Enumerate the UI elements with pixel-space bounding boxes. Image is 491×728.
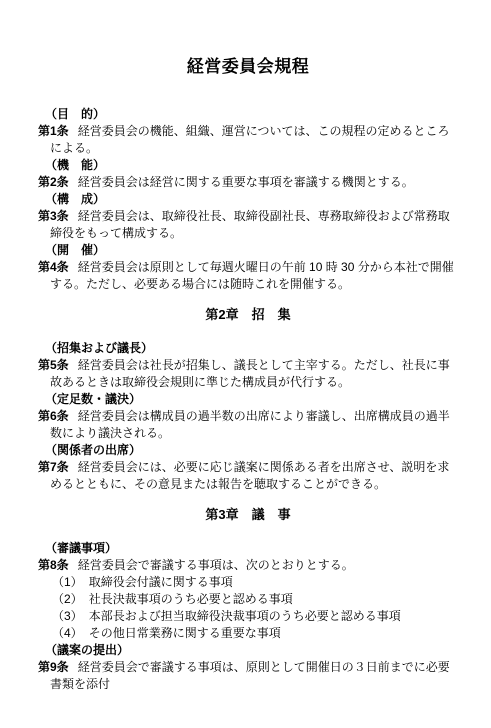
article-paragraph: 第2条経営委員会は経営に関する重要な事項を審議する機関とする。 [38, 174, 458, 191]
list-item: （4）その他日常業務に関する重要な事項 [38, 625, 458, 642]
article-text: 経営委員会は、取締役社長、取締役副社長、専務取締役および常務取締役をもって構成す… [50, 209, 450, 240]
document-title: 経営委員会規程 [38, 57, 458, 77]
item-number: （1） [52, 575, 83, 589]
article-number: 第8条 [38, 558, 69, 572]
article-text: 経営委員会は経営に関する重要な事項を審議する機関とする。 [78, 175, 414, 189]
article-paragraph: 第8条経営委員会で審議する事項は、次のとおりとする。 [38, 557, 458, 574]
article-number: 第2条 [38, 175, 69, 189]
article-paragraph: 第6条経営委員会は構成員の過半数の出席により審議し、出席構成員の過半数により議決… [38, 408, 458, 442]
article-number: 第5条 [38, 358, 69, 372]
article-text: 経営委員会で審議する事項は、原則として開催日の３日前までに必要書類を添付 [50, 660, 450, 691]
section-label: （構 成） [38, 191, 458, 208]
item-number: （4） [52, 626, 83, 640]
list-item: （3）本部長および担当取締役決裁事項のうち必要と認める事項 [38, 608, 458, 625]
article-paragraph: 第7条経営委員会には、必要に応じ議案に関係ある者を出席させ、説明を求めるとともに… [38, 459, 458, 493]
section-label: （審議事項） [38, 540, 458, 557]
item-text: その他日常業務に関する重要な事項 [89, 626, 281, 640]
item-number: （2） [52, 592, 83, 606]
article-paragraph: 第5条経営委員会は社長が招集し、議長として主宰する。ただし、社長に事故あるときは… [38, 357, 458, 391]
list-item: （1）取締役会付議に関する事項 [38, 574, 458, 591]
article-number: 第9条 [38, 660, 69, 674]
article-paragraph: 第9条経営委員会で審議する事項は、原則として開催日の３日前までに必要書類を添付 [38, 659, 458, 693]
article-number: 第3条 [38, 209, 69, 223]
article-paragraph: 第1条経営委員会の機能、組織、運営については、この規程の定めるところによる。 [38, 123, 458, 157]
article-paragraph: 第4条経営委員会は原則として毎週火曜日の午前 10 時 30 分から本社で開催す… [38, 259, 458, 293]
article-text: 経営委員会には、必要に応じ議案に関係ある者を出席させ、説明を求めるとともに、その… [50, 460, 449, 491]
section-label: （開 催） [38, 242, 458, 259]
article-text: 経営委員会の機能、組織、運営については、この規程の定めるところによる。 [50, 124, 449, 155]
article-text: 経営委員会は原則として毎週火曜日の午前 10 時 30 分から本社で開催する。た… [50, 260, 454, 291]
item-number: （3） [52, 609, 83, 623]
item-text: 本部長および担当取締役決裁事項のうち必要と認める事項 [89, 609, 401, 623]
document-body: （目 的）第1条経営委員会の機能、組織、運営については、この規程の定めるところに… [38, 106, 458, 693]
article-number: 第6条 [38, 409, 69, 423]
list-item: （2）社長決裁事項のうち必要と認める事項 [38, 591, 458, 608]
section-label: （招集および議長） [38, 340, 458, 357]
item-text: 社長決裁事項のうち必要と認める事項 [89, 592, 293, 606]
chapter-heading: 第2章 招 集 [38, 306, 458, 323]
chapter-heading: 第3章 議 事 [38, 506, 458, 523]
section-label: （機 能） [38, 157, 458, 174]
article-text: 経営委員会で審議する事項は、次のとおりとする。 [78, 558, 354, 572]
section-label: （議案の提出） [38, 642, 458, 659]
article-paragraph: 第3条経営委員会は、取締役社長、取締役副社長、専務取締役および常務取締役をもって… [38, 208, 458, 242]
item-text: 取締役会付議に関する事項 [89, 575, 233, 589]
section-label: （関係者の出席） [38, 442, 458, 459]
section-label: （定足数・議決） [38, 391, 458, 408]
article-number: 第4条 [38, 260, 69, 274]
section-label: （目 的） [38, 106, 458, 123]
article-number: 第7条 [38, 460, 69, 474]
article-number: 第1条 [38, 124, 69, 138]
document-page: 経営委員会規程 （目 的）第1条経営委員会の機能、組織、運営については、この規程… [0, 0, 491, 728]
article-text: 経営委員会は構成員の過半数の出席により審議し、出席構成員の過半数により議決される… [50, 409, 450, 440]
article-text: 経営委員会は社長が招集し、議長として主宰する。ただし、社長に事故あるときは取締役… [50, 358, 450, 389]
